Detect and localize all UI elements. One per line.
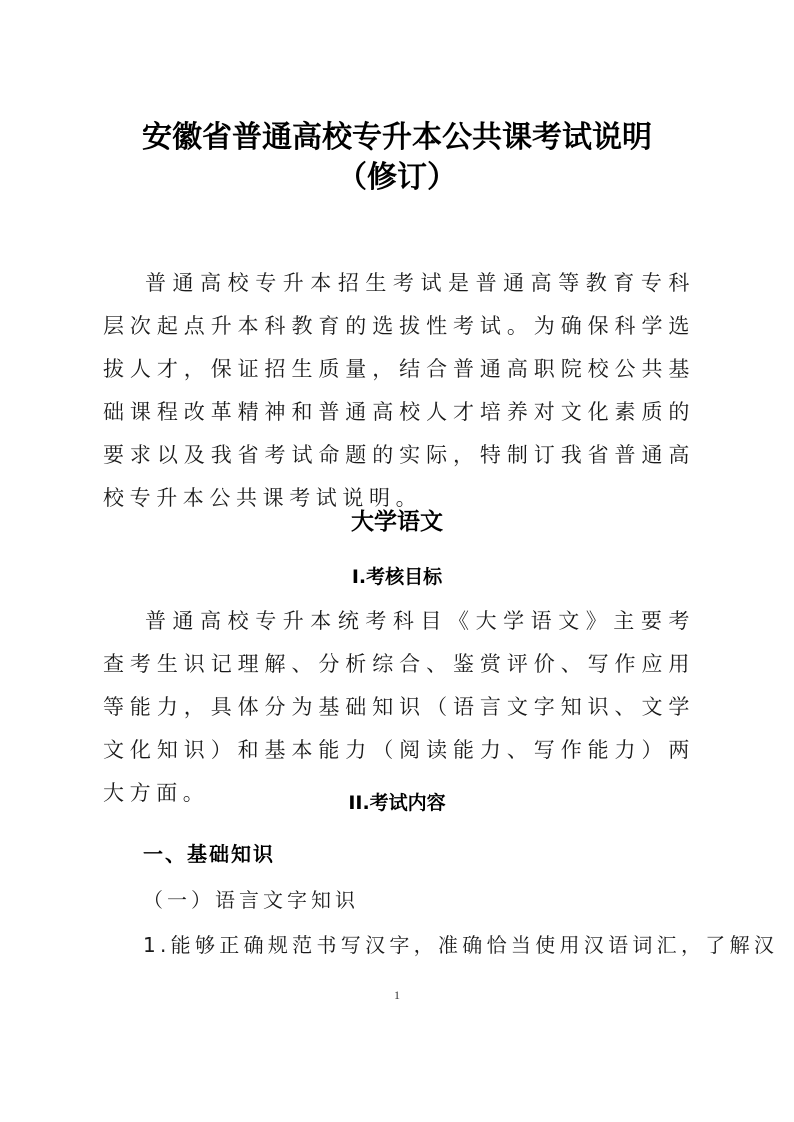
section-heading-content: II.考试内容 xyxy=(0,788,794,815)
document-page: 安徽省普通高校专升本公共课考试说明 （修订） 普通高校专升本招生考试是普通高等教… xyxy=(0,0,794,1122)
document-title: 安徽省普通高校专升本公共课考试说明 xyxy=(0,112,794,156)
subject-heading: 大学语文 xyxy=(0,503,794,536)
list-item: 1.能够正确规范书写汉字，准确恰当使用汉语词汇，了解汉 xyxy=(143,929,703,958)
intro-paragraph: 普通高校专升本招生考试是普通高等教育专科层次起点升本科教育的选拔性考试。为确保科… xyxy=(103,262,695,520)
objectives-paragraph: 普通高校专升本统考科目《大学语文》主要考查考生识记理解、分析综合、鉴赏评价、写作… xyxy=(103,600,695,815)
section-heading-objectives: I.考核目标 xyxy=(0,562,794,589)
document-subtitle: （修订） xyxy=(0,152,794,196)
subpart-heading-language: （一）语言文字知识 xyxy=(143,884,359,913)
part-heading-basic-knowledge: 一、基础知识 xyxy=(143,838,275,867)
page-number: 1 xyxy=(0,988,794,1003)
